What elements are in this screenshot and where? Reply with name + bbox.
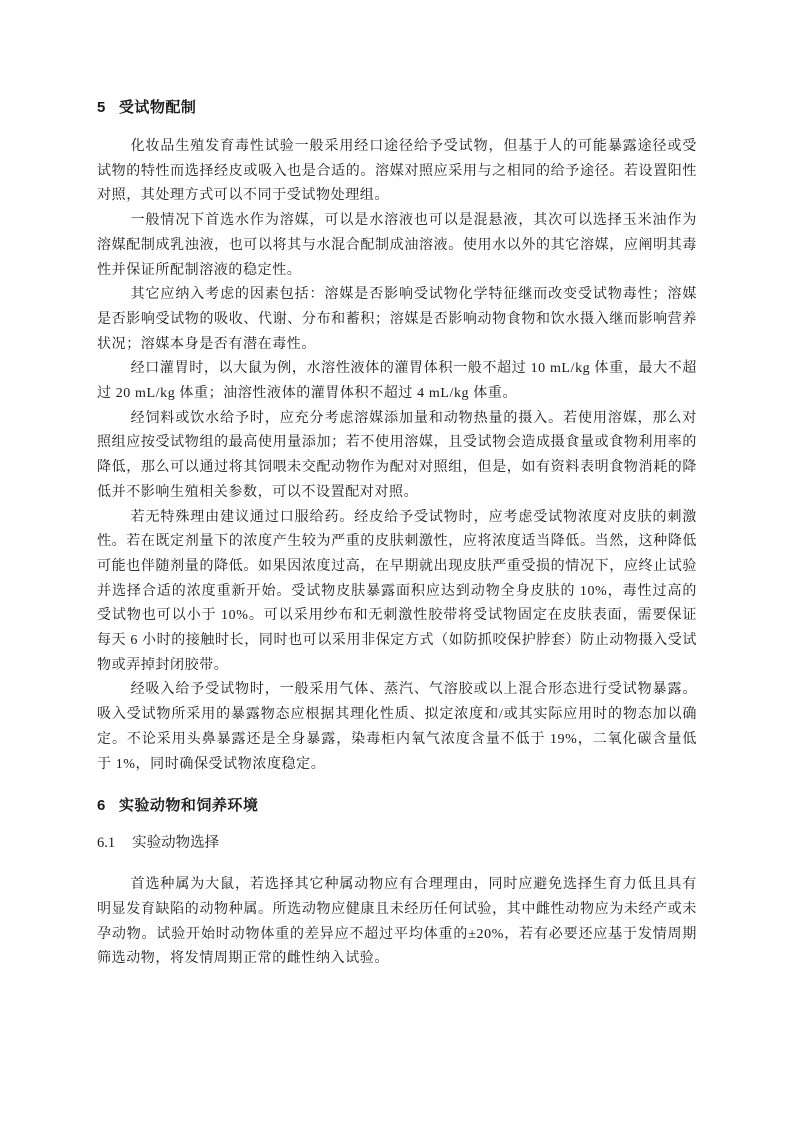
paragraph-dermal-dosing: 若无特殊理由建议通过口服给药。经皮给予受试物时，应考虑受试物浓度对皮肤的刺激性。… (97, 506, 697, 679)
subsection-title: 实验动物选择 (132, 835, 219, 851)
paragraph-solvent-factors: 其它应纳入考虑的因素包括：溶媒是否影响受试物化学特征继而改变受试物毒性；溶媒是否… (97, 283, 697, 357)
paragraph-gavage-volume: 经口灌胃时，以大鼠为例，水溶性液体的灌胃体积一般不超过 10 mL/kg 体重，… (97, 357, 697, 406)
section-title: 受试物配制 (119, 99, 197, 116)
section-number: 6 (97, 795, 106, 816)
section-heading-6: 6实验动物和饲养环境 (97, 795, 697, 816)
document-page: 5受试物配制 化妆品生殖发育毒性试验一般采用经口途径给予受试物，但基于人的可能暴… (0, 0, 793, 1122)
section-title: 实验动物和饲养环境 (119, 797, 259, 814)
section-heading-5: 5受试物配制 (97, 97, 697, 118)
paragraph-diet-and-water-dosing: 经饲料或饮水给予时，应充分考虑溶媒添加量和动物热量的摄入。若使用溶媒，那么对照组… (97, 407, 697, 506)
paragraph-solvent-choice: 一般情况下首选水作为溶媒，可以是水溶液也可以是混悬液，其次可以选择玉米油作为溶媒… (97, 209, 697, 283)
subsection-number: 6.1 (97, 833, 115, 854)
paragraph-dosing-route: 化妆品生殖发育毒性试验一般采用经口途径给予受试物，但基于人的可能暴露途径或受试物… (97, 135, 697, 209)
paragraph-animal-selection: 首选种属为大鼠，若选择其它种属动物应有合理理由，同时应避免选择生育力低且具有明显… (97, 873, 697, 972)
subsection-heading-6-1: 6.1实验动物选择 (97, 833, 697, 854)
section-number: 5 (97, 97, 106, 118)
paragraph-inhalation-dosing: 经吸入给予受试物时，一般采用气体、蒸汽、气溶胶或以上混合形态进行受试物暴露。吸入… (97, 678, 697, 777)
